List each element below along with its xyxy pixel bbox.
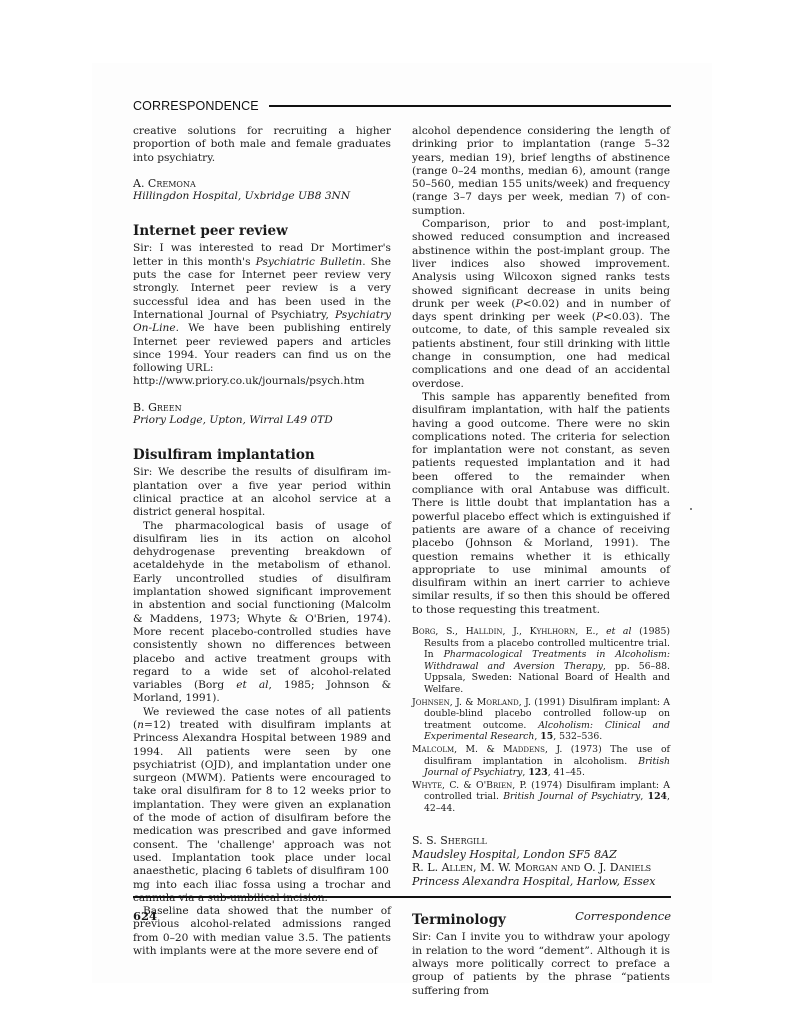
reference-item: Whyte, C. & O'Brien, P. (1974) Disulfira… — [412, 780, 670, 815]
paragraph: Sir: Can I invite you to withdraw your a… — [412, 931, 670, 997]
header-rule — [269, 105, 671, 107]
section-title-internet-peer-review: Internet peer review — [133, 223, 391, 239]
reference-item: Borg, S., Halldin, J., Kyhlhorn, E., et … — [412, 626, 670, 696]
author-institution: Hillingdon Hospital, Uxbridge UB8 3NN — [133, 190, 391, 203]
page-footer: 624 Correspondence — [133, 909, 671, 923]
author-institution: Priory Lodge, Upton, Wirral L49 0TD — [133, 414, 391, 427]
footer-rule — [133, 896, 671, 898]
right-column: alcohol dependence considering the lengt… — [412, 125, 670, 998]
author-name: B. Green — [133, 401, 391, 414]
author-name: A. Cremona — [133, 177, 391, 190]
paragraph: We reviewed the case notes of all patien… — [133, 706, 391, 905]
author-institution: Princess Alexandra Hospital, Harlow, Ess… — [412, 875, 670, 889]
author-institution: Maudsley Hospital, London SF5 8AZ — [412, 848, 670, 862]
paragraph: Comparison, prior to and post-implant, s… — [412, 218, 670, 391]
continued-paragraph: creative solutions for recruiting a high… — [133, 125, 391, 165]
footer-section-name: Correspondence — [575, 909, 671, 923]
paragraph: Sir: We describe the results of disulfir… — [133, 466, 391, 519]
signature-cremona: A. Cremona Hillingdon Hospital, Uxbridge… — [133, 177, 391, 204]
running-head-label: CORRESPONDENCE — [133, 99, 259, 113]
paragraph: alcohol dependence considering the lengt… — [412, 125, 670, 218]
author-name: R. L. Allen, M. W. Morgan and O. J. Dani… — [412, 861, 670, 875]
page-number: 624 — [133, 909, 157, 923]
left-column: creative solutions for recruiting a high… — [133, 125, 391, 958]
paragraph: Sir: I was interested to read Dr Mortime… — [133, 242, 391, 375]
paragraph: This sample has apparently benefited fro… — [412, 391, 670, 617]
signature-block: S. S. Shergill Maudsley Hospital, London… — [412, 834, 670, 888]
paragraph: The pharmacological basis of usage of di… — [133, 520, 391, 706]
scan-speck — [690, 508, 692, 510]
author-name: S. S. Shergill — [412, 834, 670, 848]
reference-list: Borg, S., Halldin, J., Kyhlhorn, E., et … — [412, 626, 670, 815]
reference-item: Malcolm, M. & Maddens, J. (1973) The use… — [412, 744, 670, 779]
signature-green: B. Green Priory Lodge, Upton, Wirral L49… — [133, 401, 391, 428]
url-link[interactable]: http://www.priory.co.uk/journals/psych.h… — [133, 375, 391, 388]
running-head: CORRESPONDENCE — [133, 99, 671, 113]
section-title-disulfiram: Disulfiram implantation — [133, 447, 391, 463]
reference-item: Johnsen, J. & Morland, J. (1991) Disulfi… — [412, 697, 670, 743]
